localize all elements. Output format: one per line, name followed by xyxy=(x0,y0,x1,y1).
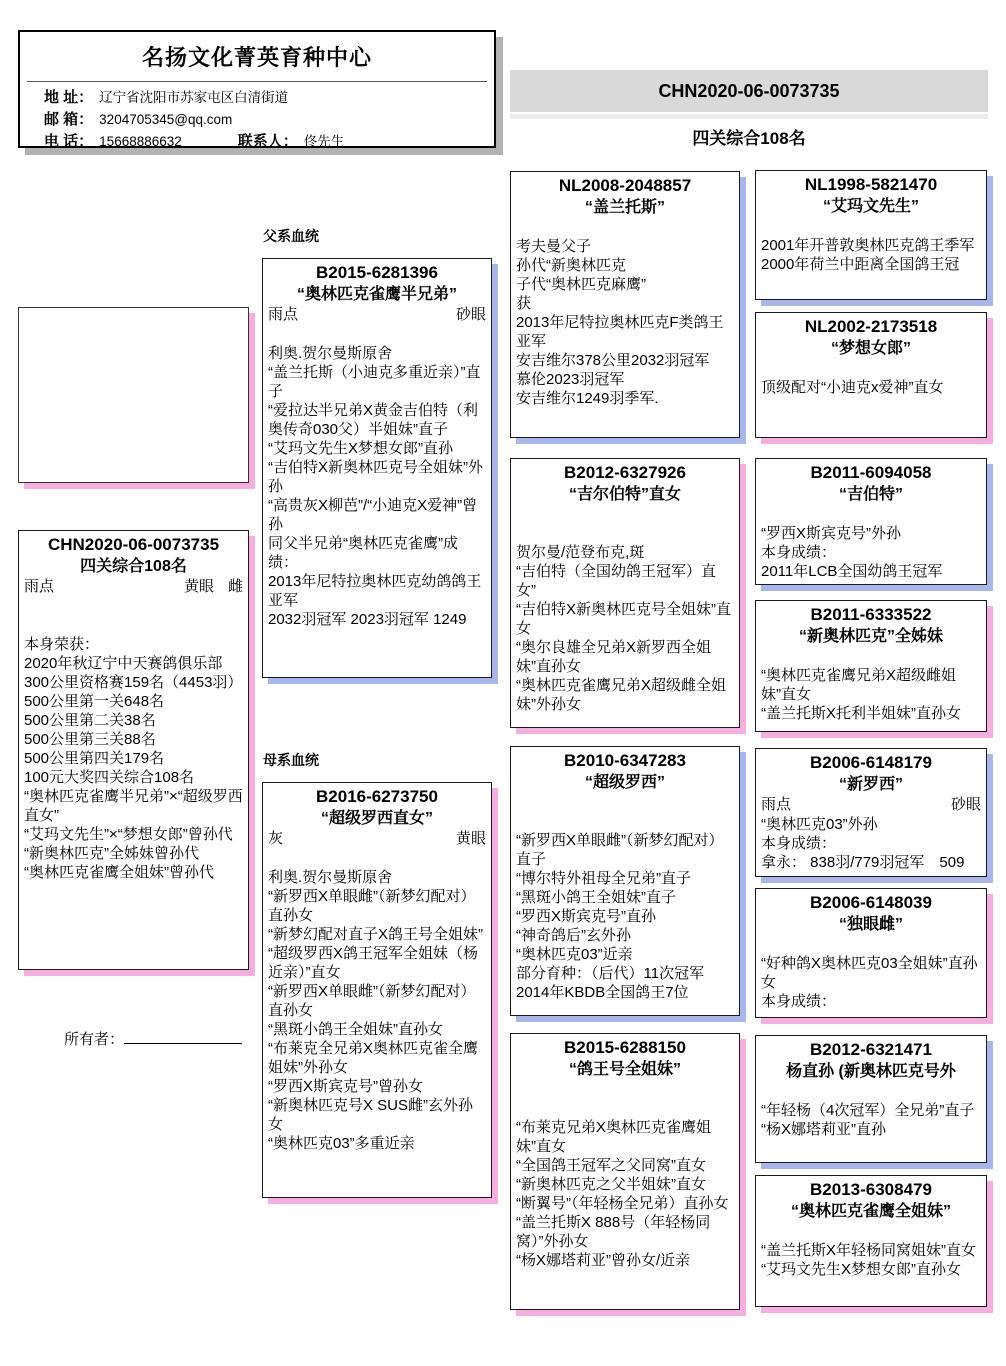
pedigree-line: 500公里第二关38名 xyxy=(24,711,243,730)
header-divider xyxy=(27,81,487,82)
pedigree-line: 2013年尼特拉奥林匹克幼鸽鸽王亚军 xyxy=(268,572,486,610)
pedigree-line: “新罗西X单眼雌”（新梦幻配对）直孙女 xyxy=(268,887,486,925)
pedigree-line: “奥林匹克雀鹰兄弟X超级雌姐妹”直女 xyxy=(761,666,981,704)
pedigree-line: “奥尔良雄全兄弟X新罗西全姐妹”直孙女 xyxy=(516,638,734,676)
pedigree-details: “奥林匹克03”外孙本身成绩：拿永： 838羽/779羽冠军 509 xyxy=(761,815,981,872)
pigeon-name: “独眼雌” xyxy=(761,914,981,935)
email-value: 3204705345@qq.com xyxy=(99,112,232,127)
pedigree-line: “盖兰托斯X 888号（年轻杨同窝）”外孙女 xyxy=(516,1213,734,1251)
address-row: 地 址：辽宁省沈阳市苏家屯区白清街道 xyxy=(44,89,494,107)
pedigree-line: “奥林匹克雀鹰半兄弟”×“超级罗西直女” xyxy=(24,787,243,825)
pedigree-box-subject: CHN2020-06-0073735 四关综合108名 雨点 黄眼雌 本身荣获：… xyxy=(18,530,249,970)
pedigree-box-ggp3: B2011-6094058 “吉伯特” “罗西X斯宾克号”外孙本身成绩：2011… xyxy=(755,458,987,585)
pigeon-name: “奥林匹克雀鹰半兄弟” xyxy=(268,284,486,305)
pedigree-line: 500公里第一关648名 xyxy=(24,692,243,711)
pedigree-line: “罗西X斯宾克号”外孙 xyxy=(761,524,981,543)
pedigree-line: “艾玛文先生X梦想女郎”直孙女 xyxy=(761,1260,981,1279)
pedigree-box-ggp2: NL2002-2173518 “梦想女郎” 顶级配对“小迪克x爱神”直女 xyxy=(755,312,987,438)
color-label: 雨点 xyxy=(761,795,791,815)
pigeon-photo-placeholder xyxy=(18,307,249,483)
pedigree-details: 考夫曼父子孙代“新奥林匹克子代“奥林匹克麻鹰”获2013年尼特拉奥林匹克F类鸽王… xyxy=(516,218,734,408)
owner-blank-line xyxy=(124,1029,242,1044)
traits-row: 雨点 黄眼雌 xyxy=(24,577,243,597)
pedigree-line: “高贵灰X柳芭”/“小迪克X爱神”曾孙 xyxy=(268,496,486,534)
pedigree-line: “布莱克全兄弟X奥林匹克雀全鹰姐妹”外孙女 xyxy=(268,1039,486,1077)
pedigree-box-gp1: NL2008-2048857 “盖兰托斯” 考夫曼父子孙代“新奥林匹克子代“奥林… xyxy=(510,171,740,438)
pedigree-line: “吉伯特X新奥林匹克号全姐妹”外孙 xyxy=(268,458,486,496)
contact-label: 联系人： xyxy=(238,133,298,150)
pigeon-name: “新奥林匹克”全姊妹 xyxy=(761,626,981,647)
pedigree-line xyxy=(761,647,981,666)
owner-label: 所有者： xyxy=(64,1031,124,1048)
pedigree-line xyxy=(761,1082,981,1101)
traits-row: 雨点 砂眼 xyxy=(268,305,486,325)
breeder-center-name: 名扬文化菁英育种中心 xyxy=(20,32,494,72)
pedigree-line: “全国鸽王冠军之父同窝”直女 xyxy=(516,1156,734,1175)
ring-number: B2015-6288150 xyxy=(516,1037,734,1059)
pedigree-line: 顶级配对“小迪克x爱神”直女 xyxy=(761,378,981,397)
ring-number: B2016-6273750 xyxy=(268,786,486,808)
pedigree-line xyxy=(24,616,243,635)
pedigree-line xyxy=(516,812,734,831)
ring-number: B2012-6327926 xyxy=(516,462,734,484)
address-value: 辽宁省沈阳市苏家屯区白清街道 xyxy=(99,90,288,105)
ring-number: B2015-6281396 xyxy=(268,262,486,284)
pedigree-line: 考夫曼父子 xyxy=(516,237,734,256)
pedigree-line xyxy=(24,597,243,616)
ring-number-bar: CHN2020-06-0073735 xyxy=(510,70,988,112)
pedigree-page: 名扬文化菁英育种中心 地 址：辽宁省沈阳市苏家屯区白清街道 邮 箱：320470… xyxy=(0,0,1006,1366)
pedigree-line: 安吉维尔378公里2032羽冠军 xyxy=(516,351,734,370)
pedigree-box-ggp4: B2011-6333522 “新奥林匹克”全姊妹 “奥林匹克雀鹰兄弟X超级雌姐妹… xyxy=(755,600,987,732)
pedigree-line: “盖兰托斯X托利半姐妹”直孙女 xyxy=(761,704,981,723)
pedigree-details: 利奥.贺尔曼斯原舍“盖兰托斯（小迪克多重近亲）”直子“爱拉达半兄弟X黄金吉伯特（… xyxy=(268,325,486,629)
pedigree-line: 子代“奥林匹克麻鹰” xyxy=(516,275,734,294)
pedigree-line: “新梦幻配对直子X鸽王号全姐妹” xyxy=(268,925,486,944)
pedigree-line: “黑斑小鸽王全姐妹”直孙女 xyxy=(268,1020,486,1039)
pigeon-name: 四关综合108名 xyxy=(24,556,243,577)
pedigree-line: “吉伯特X新奥林匹克号全姐妹”直女 xyxy=(516,600,734,638)
pedigree-line: 2014年KBDB全国鸽王7位 xyxy=(516,983,734,1002)
pedigree-line xyxy=(268,325,486,344)
pedigree-details: 贺尔曼/范登布克,斑“吉伯特（全国幼鸽王冠军）直女”“吉伯特X新奥林匹克号全姐妹… xyxy=(516,505,734,714)
pedigree-line: “博尔特外祖母全兄弟”直子 xyxy=(516,869,734,888)
pedigree-line: “盖兰托斯X年轻杨同窝姐妹”直女 xyxy=(761,1241,981,1260)
pedigree-line: 本身成绩： xyxy=(761,992,981,1011)
pedigree-line: 100元大奖四关综合108名 xyxy=(24,768,243,787)
pedigree-line: 本身成绩： xyxy=(761,834,981,853)
pedigree-line xyxy=(761,505,981,524)
ring-number: NL2008-2048857 xyxy=(516,175,734,197)
pedigree-line: “好种鸽X奥林匹克03全姐妹”直孙女 xyxy=(761,954,981,992)
pedigree-line: “年轻杨（4次冠军）全兄弟”直子 xyxy=(761,1101,981,1120)
color-label: 灰 xyxy=(268,829,283,849)
pedigree-line: “新罗西X单眼雌”（新梦幻配对）直孙女 xyxy=(268,982,486,1020)
ring-number: CHN2020-06-0073735 xyxy=(24,534,243,556)
pedigree-line: 2011年LCB全国幼鸽王冠军 xyxy=(761,562,981,581)
pedigree-line: 2013年尼特拉奥林匹克F类鸽王亚军 xyxy=(516,313,734,351)
pigeon-name: “新罗西” xyxy=(761,774,981,795)
pigeon-name: “吉尔伯特”直女 xyxy=(516,484,734,505)
pedigree-line: “布莱克兄弟X奥林匹克雀鹰姐妹”直女 xyxy=(516,1118,734,1156)
pedigree-line: 慕伦2023羽冠军 xyxy=(516,370,734,389)
ring-number: B2011-6333522 xyxy=(761,604,981,626)
pigeon-name: “鸽王号全姐妹” xyxy=(516,1059,734,1080)
pedigree-line xyxy=(761,217,981,236)
pedigree-details: “好种鸽X奥林匹克03全姐妹”直孙女本身成绩： xyxy=(761,935,981,1011)
eye-label: 砂眼 xyxy=(951,795,981,815)
pedigree-line: “新奥林匹克之父半姐妹”直女 xyxy=(516,1175,734,1194)
phone-row: 电 话：15668886632联系人：佟先生 xyxy=(44,133,494,151)
pedigree-line: 利奥.贺尔曼斯原舍 xyxy=(268,344,486,363)
pigeon-name: “艾玛文先生” xyxy=(761,196,981,217)
pigeon-name: “梦想女郎” xyxy=(761,338,981,359)
pedigree-line: 2000年荷兰中距离全国鸽王冠 xyxy=(761,255,981,274)
pedigree-box-ggp1: NL1998-5821470 “艾玛文先生” 2001年开普敦奥林匹克鸽王季军2… xyxy=(755,170,987,300)
pedigree-line: “杨X娜塔莉亚”直孙 xyxy=(761,1120,981,1139)
pigeon-name: “吉伯特” xyxy=(761,484,981,505)
pedigree-line: “吉伯特（全国幼鸽王冠军）直女” xyxy=(516,562,734,600)
pedigree-line xyxy=(516,505,734,524)
pedigree-line: “新奥林匹克号X SUS雌”玄外孙女 xyxy=(268,1096,486,1134)
pedigree-line: “杨X娜塔莉亚”曾孙女/近亲 xyxy=(516,1251,734,1270)
pedigree-details: 2001年开普敦奥林匹克鸽王季军2000年荷兰中距离全国鸽王冠 xyxy=(761,217,981,274)
pedigree-details: “年轻杨（4次冠军）全兄弟”直子“杨X娜塔莉亚”直孙 xyxy=(761,1082,981,1139)
pedigree-line: “新奥林匹克”全姊妹曾孙代 xyxy=(24,844,243,863)
address-label: 地 址： xyxy=(44,89,93,106)
pigeon-name: “盖兰托斯” xyxy=(516,197,734,218)
breeder-header-card: 名扬文化菁英育种中心 地 址：辽宁省沈阳市苏家屯区白清街道 邮 箱：320470… xyxy=(18,30,496,148)
pedigree-box-ggp6: B2006-6148039 “独眼雌” “好种鸽X奥林匹克03全姐妹”直孙女本身… xyxy=(755,888,987,1018)
pedigree-line: 2020年秋辽宁中天赛鸽俱乐部300公里资格赛159名（4453羽） xyxy=(24,654,243,692)
ring-number: NL2002-2173518 xyxy=(761,316,981,338)
traits-row: 灰 黄眼 xyxy=(268,829,486,849)
eye-label: 黄眼 xyxy=(456,829,486,849)
pedigree-line: 本身荣获： xyxy=(24,635,243,654)
pedigree-line: 500公里第三关88名 xyxy=(24,730,243,749)
pedigree-line: “黑斑小鸽王全姐妹”直子 xyxy=(516,888,734,907)
pedigree-box-ggp8: B2013-6308479 “奥林匹克雀鹰全姐妹” “盖兰托斯X年轻杨同窝姐妹”… xyxy=(755,1175,987,1307)
pedigree-line: “断翼号”（年轻杨全兄弟）直孙女 xyxy=(516,1194,734,1213)
pedigree-line xyxy=(516,524,734,543)
pigeon-name: 杨直孙 (新奥林匹克号外 xyxy=(761,1061,981,1082)
pedigree-line: “奥林匹克雀鹰全姐妹”曾孙代 xyxy=(24,863,243,882)
pedigree-line xyxy=(761,359,981,378)
pedigree-box-ggp7: B2012-6321471 杨直孙 (新奥林匹克号外 “年轻杨（4次冠军）全兄弟… xyxy=(755,1035,987,1163)
pedigree-line xyxy=(761,1222,981,1241)
pedigree-line: 2032羽冠军 2023羽冠军 1249 xyxy=(268,610,486,629)
ring-number: B2006-6148179 xyxy=(761,752,981,774)
ring-number: NL1998-5821470 xyxy=(761,174,981,196)
pedigree-line: “奥林匹克03”近亲 xyxy=(516,945,734,964)
pedigree-line: 本身成绩： xyxy=(761,543,981,562)
pedigree-line: “罗西X斯宾克号”曾孙女 xyxy=(268,1077,486,1096)
ring-number: B2010-6347283 xyxy=(516,750,734,772)
pedigree-line: 2001年开普敦奥林匹克鸽王季军 xyxy=(761,236,981,255)
owner-row: 所有者： xyxy=(64,1028,242,1049)
pedigree-line xyxy=(516,1099,734,1118)
pedigree-details: “罗西X斯宾克号”外孙本身成绩：2011年LCB全国幼鸽王冠军 xyxy=(761,505,981,581)
pedigree-line xyxy=(268,849,486,868)
pedigree-box-dam: B2016-6273750 “超级罗西直女” 灰 黄眼 利奥.贺尔曼斯原舍“新罗… xyxy=(262,782,492,1198)
pedigree-box-sire: B2015-6281396 “奥林匹克雀鹰半兄弟” 雨点 砂眼 利奥.贺尔曼斯原… xyxy=(262,258,492,678)
color-label: 雨点 xyxy=(268,305,298,325)
eye-label: 砂眼 xyxy=(456,305,486,325)
pedigree-line: “奥林匹克雀鹰兄弟X超级雌全姐妹”外孙女 xyxy=(516,676,734,714)
pedigree-details: 本身荣获：2020年秋辽宁中天赛鸽俱乐部300公里资格赛159名（4453羽）5… xyxy=(24,597,243,882)
email-label: 邮 箱： xyxy=(44,111,93,128)
pedigree-details: “盖兰托斯X年轻杨同窝姐妹”直女“艾玛文先生X梦想女郎”直孙女 xyxy=(761,1222,981,1279)
pedigree-line xyxy=(516,1080,734,1099)
pedigree-line: “奥林匹克03”外孙 xyxy=(761,815,981,834)
ring-number: B2012-6321471 xyxy=(761,1039,981,1061)
pedigree-box-gp2: B2012-6327926 “吉尔伯特”直女 贺尔曼/范登布克,斑“吉伯特（全国… xyxy=(510,458,740,728)
eye-label: 黄眼 xyxy=(184,578,214,595)
ring-number: B2013-6308479 xyxy=(761,1179,981,1201)
pedigree-line: 部分育种：（后代）11次冠军 xyxy=(516,964,734,983)
pedigree-line: “奥林匹克03”多重近亲 xyxy=(268,1134,486,1153)
pedigree-details: “布莱克兄弟X奥林匹克雀鹰姐妹”直女“全国鸽王冠军之父同窝”直女“新奥林匹克之父… xyxy=(516,1080,734,1270)
pedigree-details: “奥林匹克雀鹰兄弟X超级雌姐妹”直女“盖兰托斯X托利半姐妹”直孙女 xyxy=(761,647,981,723)
ring-number: B2011-6094058 xyxy=(761,462,981,484)
pedigree-details: 利奥.贺尔曼斯原舍“新罗西X单眼雌”（新梦幻配对）直孙女“新梦幻配对直子X鸽王号… xyxy=(268,849,486,1153)
pedigree-box-gp4: B2015-6288150 “鸽王号全姐妹” “布莱克兄弟X奥林匹克雀鹰姐妹”直… xyxy=(510,1033,740,1310)
sire-line-label: 父系血统 xyxy=(263,226,319,246)
pedigree-line: “罗西X斯宾克号”直孙 xyxy=(516,907,734,926)
result-title: 四关综合108名 xyxy=(510,124,988,149)
pigeon-name: “奥林匹克雀鹰全姐妹” xyxy=(761,1201,981,1222)
pedigree-line: 安吉维尔1249羽季军. xyxy=(516,389,734,408)
pigeon-name: “超级罗西” xyxy=(516,772,734,793)
phone-value: 15668886632 xyxy=(99,134,182,149)
pedigree-line: 获 xyxy=(516,294,734,313)
email-row: 邮 箱：3204705345@qq.com xyxy=(44,111,494,129)
pedigree-line: “盖兰托斯（小迪克多重近亲）”直子 xyxy=(268,363,486,401)
traits-row: 雨点 砂眼 xyxy=(761,795,981,815)
pedigree-line xyxy=(516,218,734,237)
phone-label: 电 话： xyxy=(44,133,93,150)
pedigree-line: 500公里第四关179名 xyxy=(24,749,243,768)
color-label: 雨点 xyxy=(24,577,54,597)
pedigree-line: “艾玛文先生X梦想女郎”直孙 xyxy=(268,439,486,458)
pedigree-box-ggp5: B2006-6148179 “新罗西” 雨点 砂眼 “奥林匹克03”外孙本身成绩… xyxy=(755,748,987,877)
pedigree-line: 孙代“新奥林匹克 xyxy=(516,256,734,275)
pedigree-line: “艾玛文先生”×“梦想女郎”曾孙代 xyxy=(24,825,243,844)
pedigree-line: 贺尔曼/范登布克,斑 xyxy=(516,543,734,562)
pedigree-details: “新罗西X单眼雌”（新梦幻配对）直子“博尔特外祖母全兄弟”直子“黑斑小鸽王全姐妹… xyxy=(516,793,734,1002)
contact-value: 佟先生 xyxy=(304,134,345,149)
sex-label: 雌 xyxy=(228,578,243,595)
ring-bar-strip xyxy=(510,114,988,119)
ring-number: B2006-6148039 xyxy=(761,892,981,914)
pedigree-line: “神奇鸽后”玄外孙 xyxy=(516,926,734,945)
dam-line-label: 母系血统 xyxy=(263,750,319,770)
pigeon-name: “超级罗西直女” xyxy=(268,808,486,829)
pedigree-line: “爱拉达半兄弟X黄金吉伯特（利奥传奇030父）半姐妹”直子 xyxy=(268,401,486,439)
pedigree-line xyxy=(761,935,981,954)
pedigree-line: 利奥.贺尔曼斯原舍 xyxy=(268,868,486,887)
pedigree-line: “新罗西X单眼雌”（新梦幻配对）直子 xyxy=(516,831,734,869)
pedigree-line: 拿永： 838羽/779羽冠军 509 xyxy=(761,853,981,872)
pedigree-line: “超级罗西X鸽王冠军全姐妹（杨近亲）”直女 xyxy=(268,944,486,982)
pedigree-box-gp3: B2010-6347283 “超级罗西” “新罗西X单眼雌”（新梦幻配对）直子“… xyxy=(510,746,740,1016)
pedigree-details: 顶级配对“小迪克x爱神”直女 xyxy=(761,359,981,397)
pedigree-line: 同父半兄弟“奥林匹克雀鹰”成绩： xyxy=(268,534,486,572)
pedigree-line xyxy=(516,793,734,812)
contact-info: 地 址：辽宁省沈阳市苏家屯区白清街道 邮 箱：3204705345@qq.com… xyxy=(20,89,494,151)
